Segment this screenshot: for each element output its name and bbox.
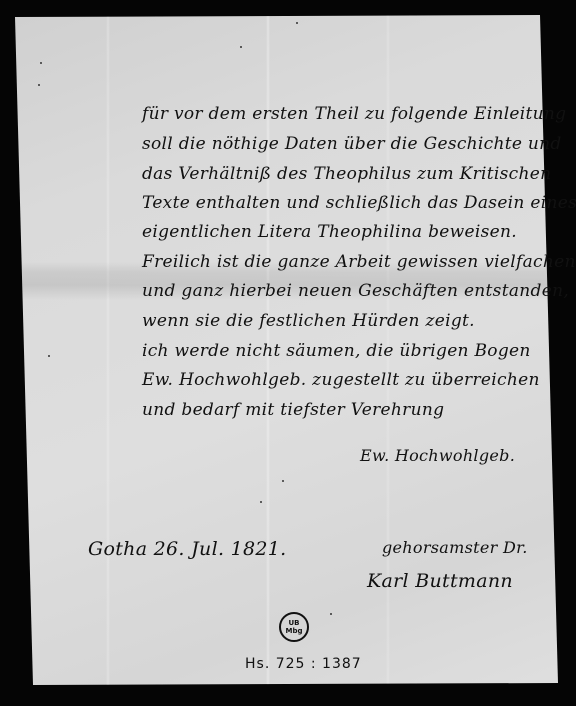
letter-line-1: für vor dem ersten Theil zu folgende Ein… — [142, 106, 537, 123]
paper-speck — [260, 501, 262, 503]
paper-speck — [330, 613, 332, 615]
closing-salutation: gehorsamster Dr. — [382, 540, 528, 556]
paper-speck — [38, 84, 40, 86]
letter-line-8: wenn sie die festlichen Hürden zeigt. — [142, 313, 537, 330]
letter-line-11: und bedarf mit tiefster Verehrung — [142, 402, 537, 419]
shelfmark: Hs. 725 : 1387 — [245, 656, 362, 672]
closing-formula: Ew. Hochwohlgeb. — [360, 448, 515, 464]
letter-line-7: und ganz hierbei neuen Geschäften entsta… — [142, 283, 537, 300]
letter-line-5: eigentlichen Litera Theophilina beweisen… — [142, 224, 537, 241]
letter-line-9: ich werde nicht säumen, die übrigen Boge… — [142, 343, 537, 360]
paper-speck — [240, 46, 242, 48]
paper-speck — [282, 480, 284, 482]
paper-speck — [48, 355, 50, 357]
letter-line-10: Ew. Hochwohlgeb. zugestellt zu überreich… — [142, 372, 537, 389]
letter-line-3: das Verhältniß des Theophilus zum Kritis… — [142, 166, 537, 183]
paper-speck — [40, 62, 42, 64]
letter-line-2: soll die nöthige Daten über die Geschich… — [142, 136, 537, 153]
paper-speck — [296, 22, 298, 24]
letter-line-4: Texte enthalten und schließlich das Dase… — [142, 195, 537, 212]
library-stamp: UB Mbg — [279, 612, 309, 642]
signature: Karl Buttmann — [367, 572, 513, 591]
letter-line-6: Freilich ist die ganze Arbeit gewissen v… — [142, 254, 537, 271]
date-line: Gotha 26. Jul. 1821. — [88, 540, 287, 559]
stamp-line-1: UB — [288, 619, 299, 627]
stamp-line-2: Mbg — [286, 627, 303, 635]
